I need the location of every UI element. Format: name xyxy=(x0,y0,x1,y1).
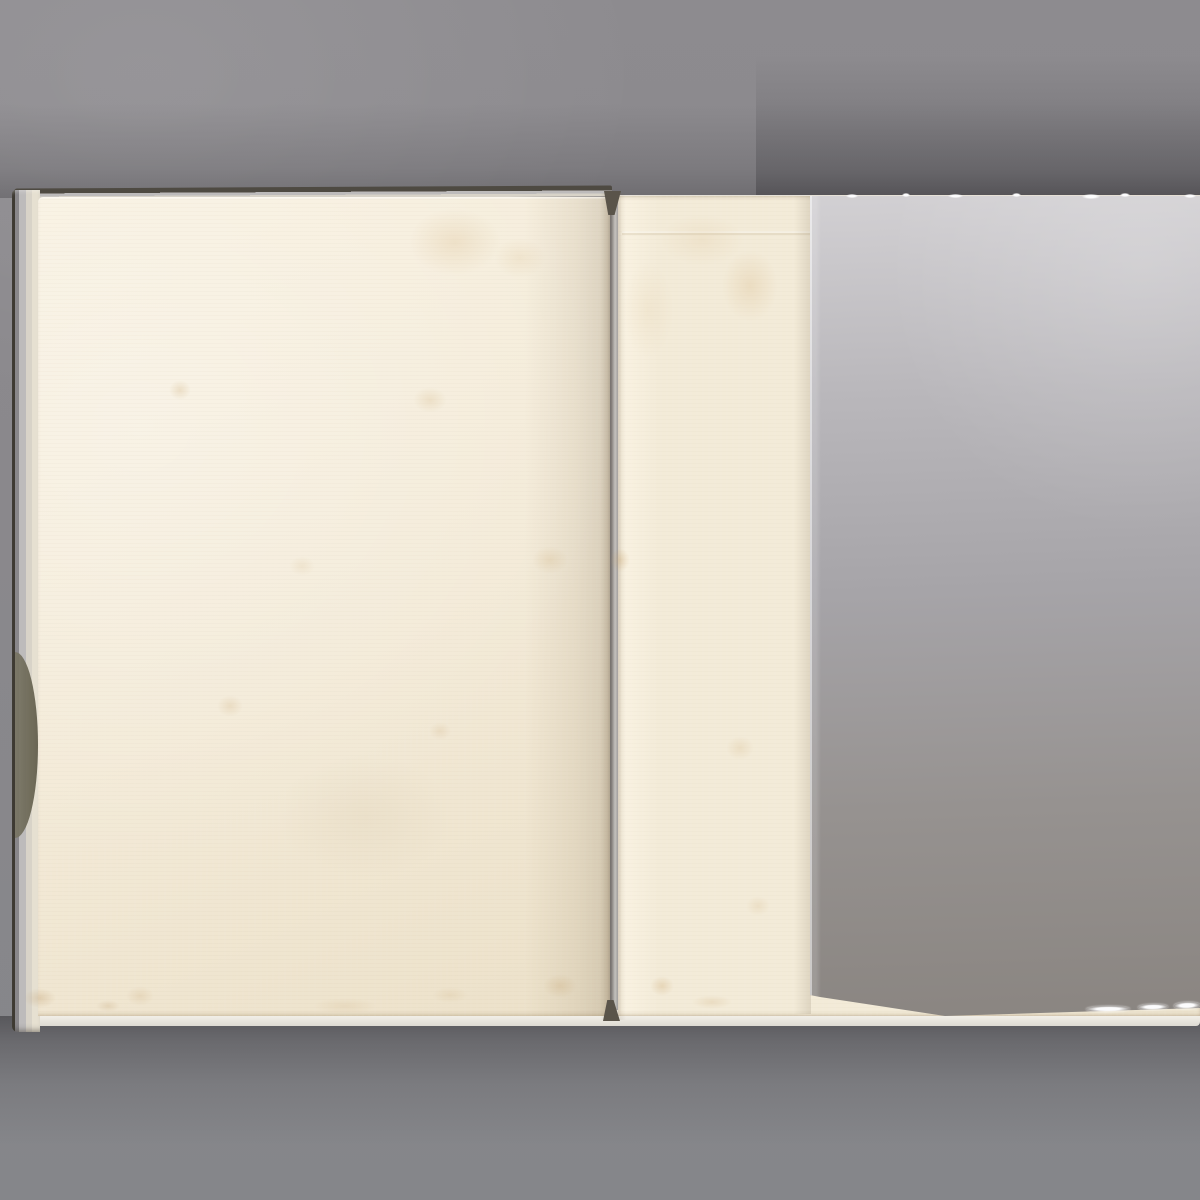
vignette xyxy=(0,0,1200,1200)
photo-stage xyxy=(0,0,1200,1200)
